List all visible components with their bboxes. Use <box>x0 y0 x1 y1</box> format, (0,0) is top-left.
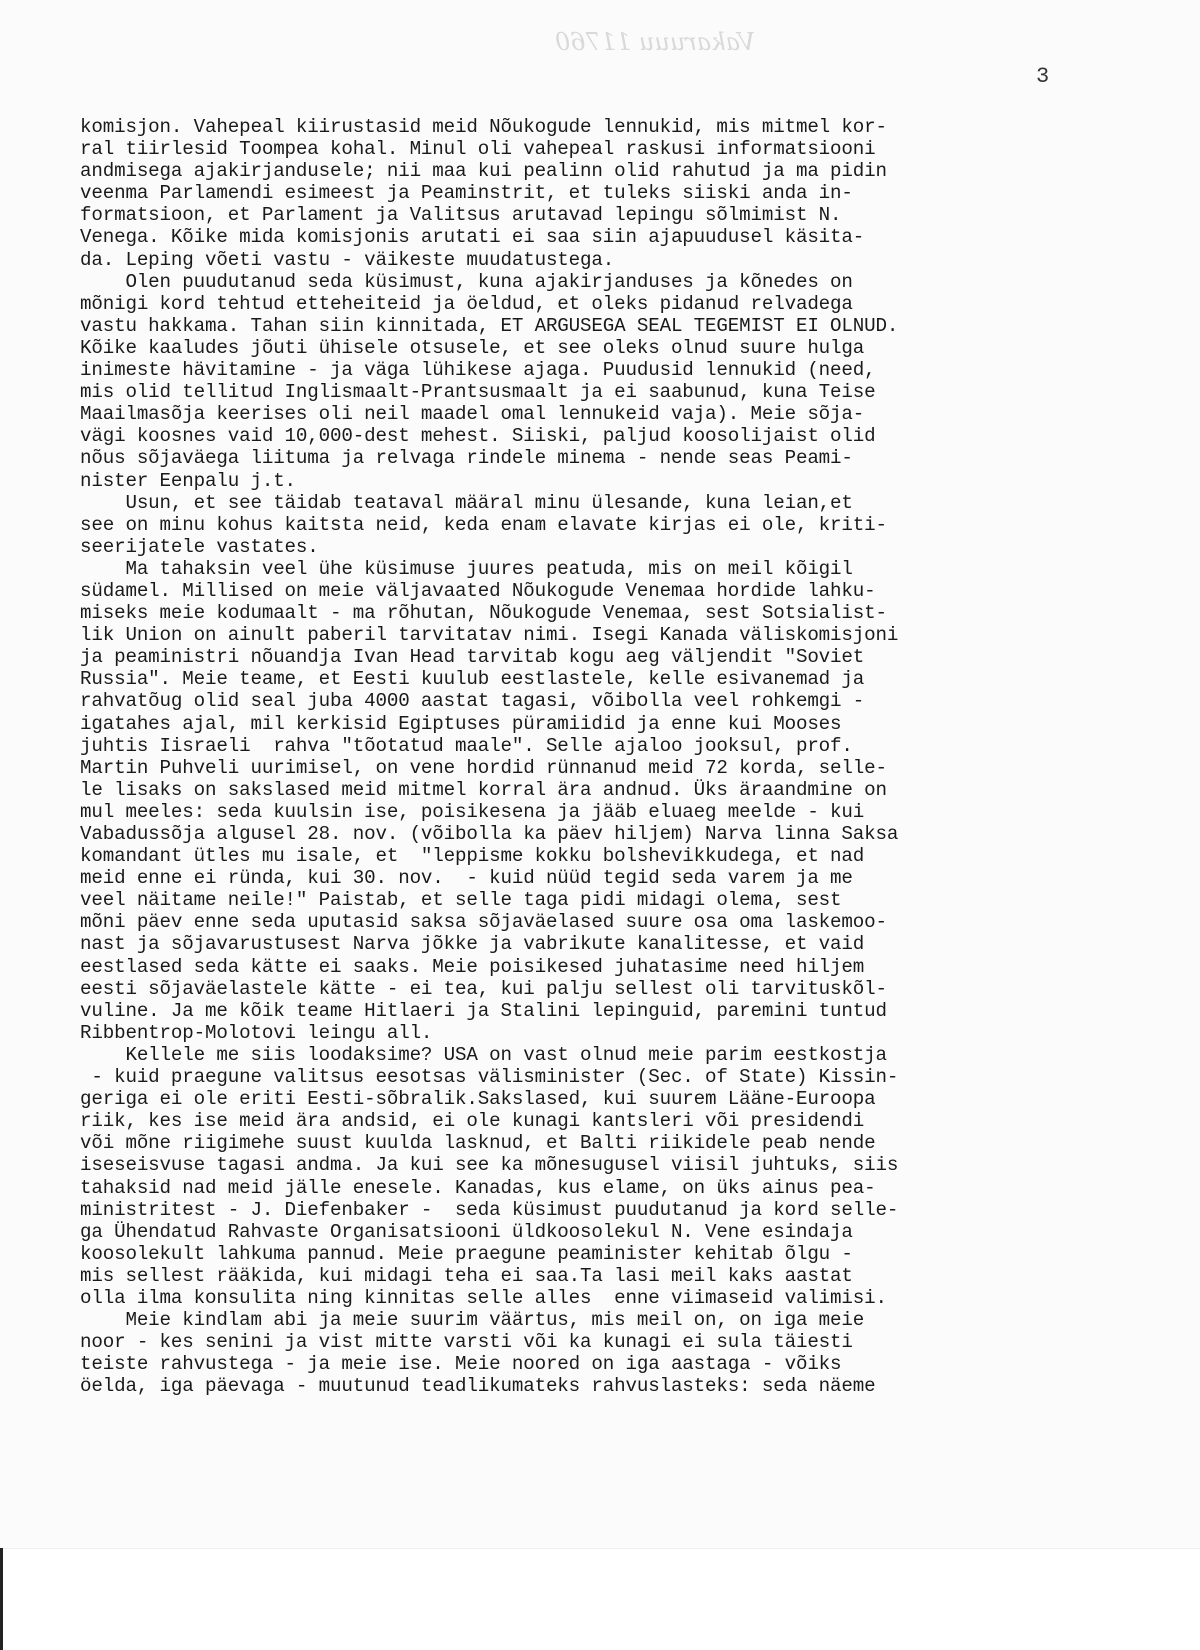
text-line: olla ilma konsulita ning kinnitas selle … <box>80 1287 1120 1309</box>
text-line: nister Eenpalu j.t. <box>80 470 1120 492</box>
text-line: veel näitame neile!" Paistab, et selle t… <box>80 889 1120 911</box>
text-line: vägi koosnes vaid 10,000-dest mehest. Si… <box>80 425 1120 447</box>
text-line: juhtis Iisraeli rahva "tõotatud maale". … <box>80 735 1120 757</box>
text-line: või mõne riigimehe suust kuulda lasknud,… <box>80 1132 1120 1154</box>
text-line: koosolekult lahkuma pannud. Meie praegun… <box>80 1243 1120 1265</box>
text-line: geriga ei ole eriti Eesti-sõbralik.Saksl… <box>80 1088 1120 1110</box>
text-line: Maailmasõja keerises oli neil maadel oma… <box>80 403 1120 425</box>
text-line: Kõike kaaludes jõuti ühisele otsusele, e… <box>80 337 1120 359</box>
text-line: seerijatele vastates. <box>80 536 1120 558</box>
text-line: ja peaministri nõuandja Ivan Head tarvit… <box>80 646 1120 668</box>
page-lower-margin <box>0 1548 1200 1650</box>
text-line: igatahes ajal, mil kerkisid Egiptuses pü… <box>80 713 1120 735</box>
typewritten-body: komisjon. Vahepeal kiirustasid meid Nõuk… <box>80 116 1120 1397</box>
text-line: le lisaks on sakslased meid mitmel korra… <box>80 779 1120 801</box>
text-line: ga Ühendatud Rahvaste Organisatsiooni ül… <box>80 1221 1120 1243</box>
text-line: miseks meie kodumaalt - ma rõhutan, Nõuk… <box>80 602 1120 624</box>
text-line: ministritest - J. Diefenbaker - seda küs… <box>80 1199 1120 1221</box>
text-line: komisjon. Vahepeal kiirustasid meid Nõuk… <box>80 116 1120 138</box>
text-line: rahvatõug olid seal juba 4000 aastat tag… <box>80 690 1120 712</box>
scanned-page: Vakaruuu 11760 3 komisjon. Vahepeal kiir… <box>0 0 1200 1548</box>
text-line: mis olid tellitud Inglismaalt-Prantsusma… <box>80 381 1120 403</box>
page-number: 3 <box>1036 64 1049 89</box>
text-line: andmisega ajakirjandusele; nii maa kui p… <box>80 160 1120 182</box>
text-line: formatsioon, et Parlament ja Valitsus ar… <box>80 204 1120 226</box>
text-line: öelda, iga päevaga - muutunud teadlikuma… <box>80 1375 1120 1397</box>
text-line: tahaksid nad meid jälle enesele. Kanadas… <box>80 1177 1120 1199</box>
text-line: Olen puudutanud seda küsimust, kuna ajak… <box>80 271 1120 293</box>
text-line: iseseisvuse tagasi andma. Ja kui see ka … <box>80 1154 1120 1176</box>
text-line: südamel. Millised on meie väljavaated Nõ… <box>80 580 1120 602</box>
text-line: Russia". Meie teame, et Eesti kuulub ees… <box>80 668 1120 690</box>
bleed-through-handwriting: Vakaruuu 11760 <box>555 28 755 56</box>
text-line: veenma Parlamendi esimeest ja Peaminstri… <box>80 182 1120 204</box>
text-line: nast ja sõjavarustusest Narva jõkke ja v… <box>80 933 1120 955</box>
text-line: riik, kes ise meid ära andsid, ei ole ku… <box>80 1110 1120 1132</box>
text-line: inimeste hävitamine - ja väga lühikese a… <box>80 359 1120 381</box>
text-line: lik Union on ainult paberil tarvitatav n… <box>80 624 1120 646</box>
text-line: mul meeles: seda kuulsin ise, poisikesen… <box>80 801 1120 823</box>
text-line: teiste rahvustega - ja meie ise. Meie no… <box>80 1353 1120 1375</box>
text-line: meid enne ei ründa, kui 30. nov. - kuid … <box>80 867 1120 889</box>
text-line: vastu hakkama. Tahan siin kinnitada, ET … <box>80 315 1120 337</box>
text-line: ral tiirlesid Toompea kohal. Minul oli v… <box>80 138 1120 160</box>
text-line: Venega. Kõike mida komisjonis arutati ei… <box>80 226 1120 248</box>
text-line: Ribbentrop-Molotovi leingu all. <box>80 1022 1120 1044</box>
text-line: mõnigi kord tehtud etteheiteid ja öeldud… <box>80 293 1120 315</box>
text-line: Vabadussõja algusel 28. nov. (võibolla k… <box>80 823 1120 845</box>
text-line: Martin Puhveli uurimisel, on vene hordid… <box>80 757 1120 779</box>
text-line: Kellele me siis loodaksime? USA on vast … <box>80 1044 1120 1066</box>
text-line: eesti sõjaväelastele kätte - ei tea, kui… <box>80 978 1120 1000</box>
text-line: eestlased seda kätte ei saaks. Meie pois… <box>80 956 1120 978</box>
text-line: Ma tahaksin veel ühe küsimuse juures pea… <box>80 558 1120 580</box>
text-line: vuline. Ja me kõik teame Hitlaeri ja Sta… <box>80 1000 1120 1022</box>
text-line: noor - kes senini ja vist mitte varsti v… <box>80 1331 1120 1353</box>
text-line: mis sellest rääkida, kui midagi teha ei … <box>80 1265 1120 1287</box>
scan-edge <box>0 1548 3 1650</box>
text-line: Meie kindlam abi ja meie suurim väärtus,… <box>80 1309 1120 1331</box>
text-line: mõni päev enne seda uputasid saksa sõjav… <box>80 911 1120 933</box>
text-line: - kuid praegune valitsus eesotsas välism… <box>80 1066 1120 1088</box>
text-line: see on minu kohus kaitsta neid, keda ena… <box>80 514 1120 536</box>
text-line: Usun, et see täidab teataval määral minu… <box>80 492 1120 514</box>
text-line: komandant ütles mu isale, et "leppisme k… <box>80 845 1120 867</box>
text-line: da. Leping võeti vastu - väikeste muudat… <box>80 249 1120 271</box>
text-line: nõus sõjaväega liituma ja relvaga rindel… <box>80 447 1120 469</box>
